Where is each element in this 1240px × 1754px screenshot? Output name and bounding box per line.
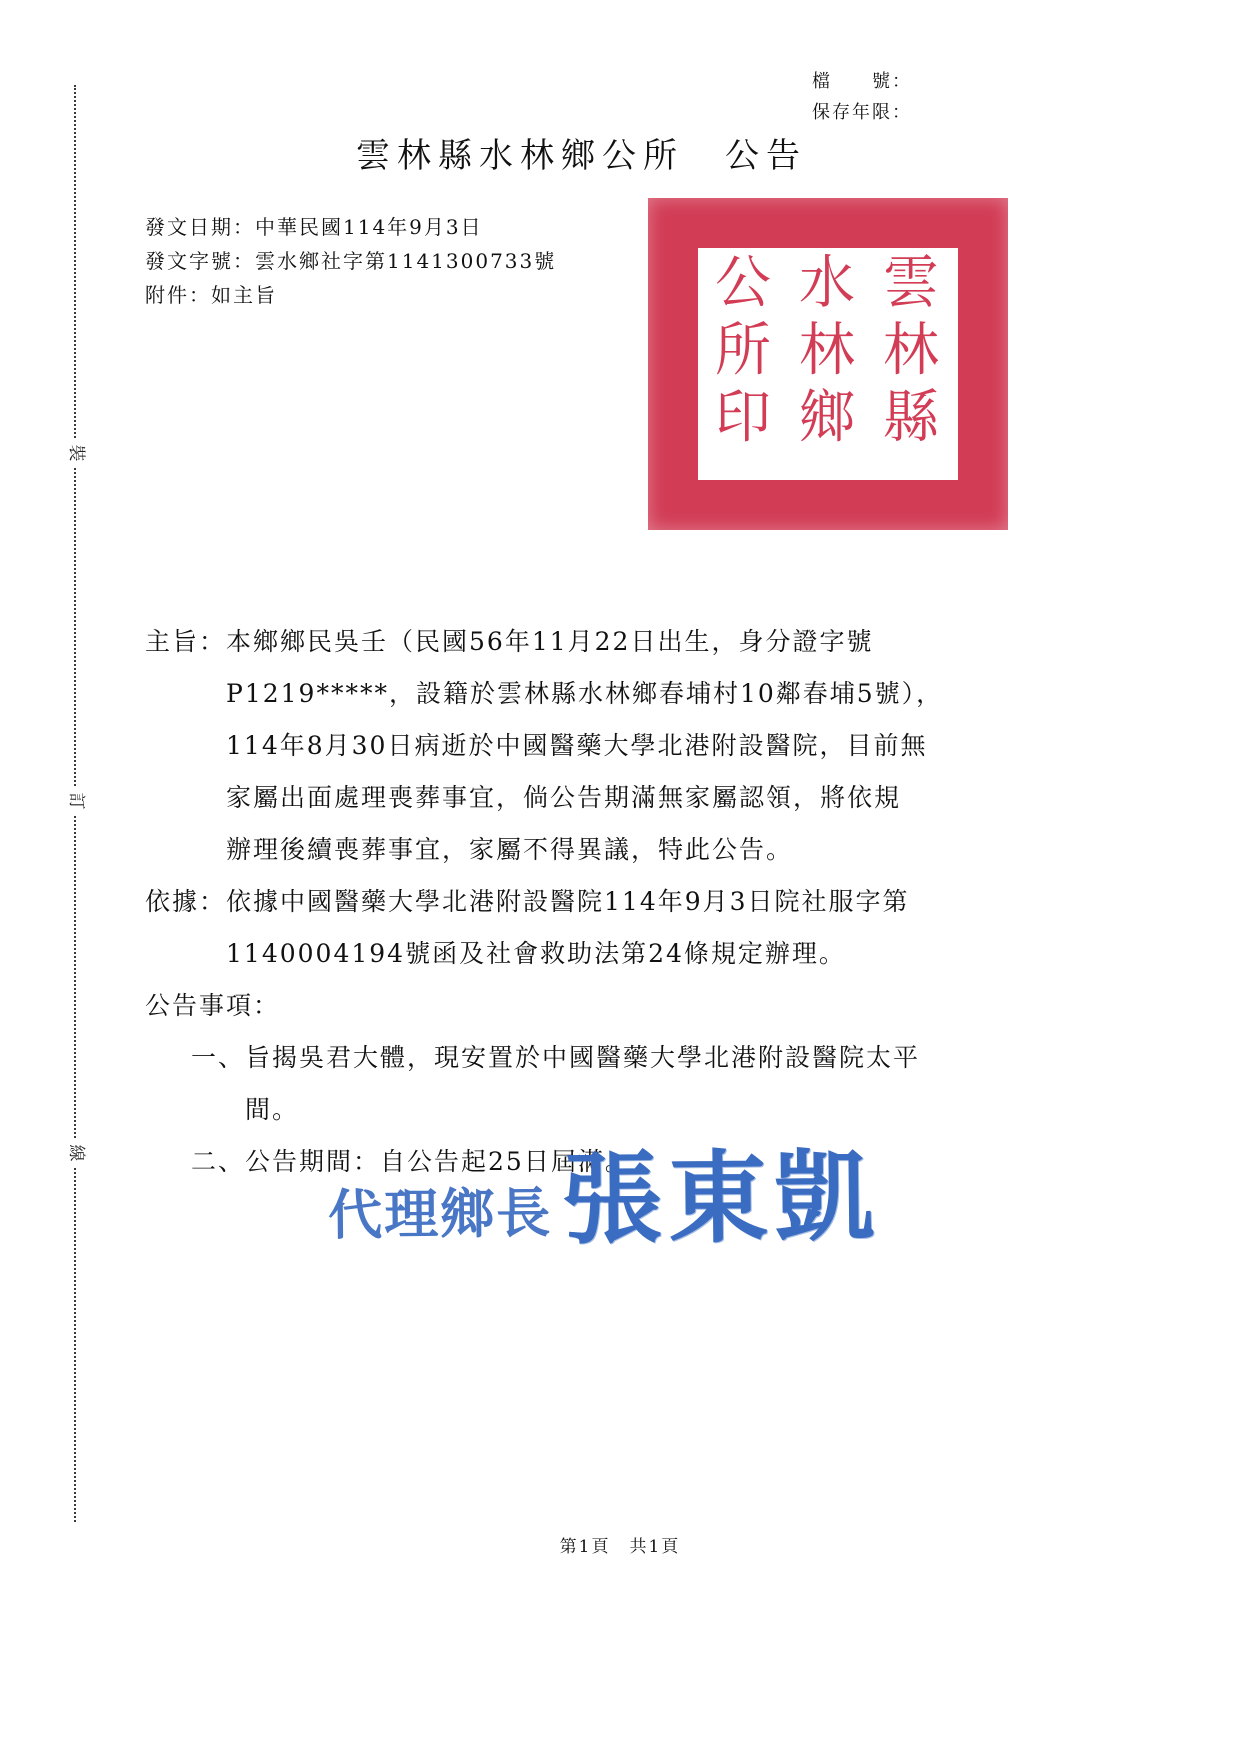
subject-section: 主旨： 本鄉鄉民吳壬（民國56年11月22日出生，身分證字號 P1219****… <box>145 616 1045 876</box>
items-heading: 公告事項： <box>145 980 1045 1032</box>
seal-column-right: 雲林縣 <box>864 252 948 476</box>
item-text: 旨揭吳君大體，現安置於中國醫藥大學北港附設醫院太平 間。 <box>245 1032 1045 1136</box>
attachment-line: 附件：如主旨 <box>145 278 556 312</box>
subject-label: 主旨： <box>145 616 226 876</box>
official-red-seal: 雲林縣 水林鄉 公所印 <box>648 198 1008 530</box>
basis-line: 1140004194號函及社會救助法第24條規定辦理。 <box>226 928 1045 980</box>
basis-label: 依據： <box>145 876 226 980</box>
doc-number-line: 發文字號：雲水鄉社字第1141300733號 <box>145 244 556 278</box>
signature-stamp: 代理鄉長 張東凱 <box>327 1147 880 1253</box>
subject-line: P1219*****，設籍於雲林縣水林鄉春埔村10鄰春埔5號）， <box>226 668 1045 720</box>
basis-section: 依據： 依據中國醫藥大學北港附設醫院114年9月3日院社服字第 11400041… <box>145 876 1045 980</box>
basis-text: 依據中國醫藥大學北港附設醫院114年9月3日院社服字第 1140004194號函… <box>226 876 1045 980</box>
binding-mark-xian: 線 <box>63 1140 89 1166</box>
issue-date-line: 發文日期：中華民國114年9月3日 <box>145 210 556 244</box>
seal-inner-text: 雲林縣 水林鄉 公所印 <box>698 248 958 480</box>
binding-mark-zhuang: 裝 <box>63 440 89 466</box>
subject-line: 辦理後續喪葬事宜，家屬不得異議，特此公告。 <box>226 824 1045 876</box>
item-line: 間。 <box>245 1084 1045 1136</box>
item-line: 旨揭吳君大體，現安置於中國醫藥大學北港附設醫院太平 <box>245 1032 1045 1084</box>
file-info-block: 檔 號： 保存年限： <box>812 66 912 128</box>
signer-name: 張東凱 <box>561 1147 880 1250</box>
retention-period-label: 保存年限： <box>812 97 912 128</box>
announcement-body: 主旨： 本鄉鄉民吳壬（民國56年11月22日出生，身分證字號 P1219****… <box>145 616 1045 1188</box>
signer-title: 代理鄉長 <box>328 1187 553 1243</box>
announcement-item-1: 一、 旨揭吳君大體，現安置於中國醫藥大學北港附設醫院太平 間。 <box>191 1032 1045 1136</box>
seal-column-left: 公所印 <box>696 252 780 476</box>
subject-line: 114年8月30日病逝於中國醫藥大學北港附設醫院，目前無 <box>226 720 1045 772</box>
basis-line: 依據中國醫藥大學北港附設醫院114年9月3日院社服字第 <box>226 876 1045 928</box>
file-number-label: 檔 號： <box>812 66 912 97</box>
page-title: 雲林縣水林鄉公所 公告 <box>356 128 807 177</box>
subject-line: 家屬出面處理喪葬事宜，倘公告期滿無家屬認領，將依規 <box>226 772 1045 824</box>
document-meta: 發文日期：中華民國114年9月3日 發文字號：雲水鄉社字第1141300733號… <box>145 210 556 312</box>
seal-column-middle: 水林鄉 <box>780 252 864 476</box>
page-number-footer: 第1頁 共1頁 <box>0 1532 1240 1557</box>
subject-line: 本鄉鄉民吳壬（民國56年11月22日出生，身分證字號 <box>226 616 1045 668</box>
item-number: 二、 <box>191 1136 245 1188</box>
binding-mark-ding: 訂 <box>63 788 89 814</box>
item-number: 一、 <box>191 1032 245 1136</box>
subject-text: 本鄉鄉民吳壬（民國56年11月22日出生，身分證字號 P1219*****，設籍… <box>226 616 1045 876</box>
